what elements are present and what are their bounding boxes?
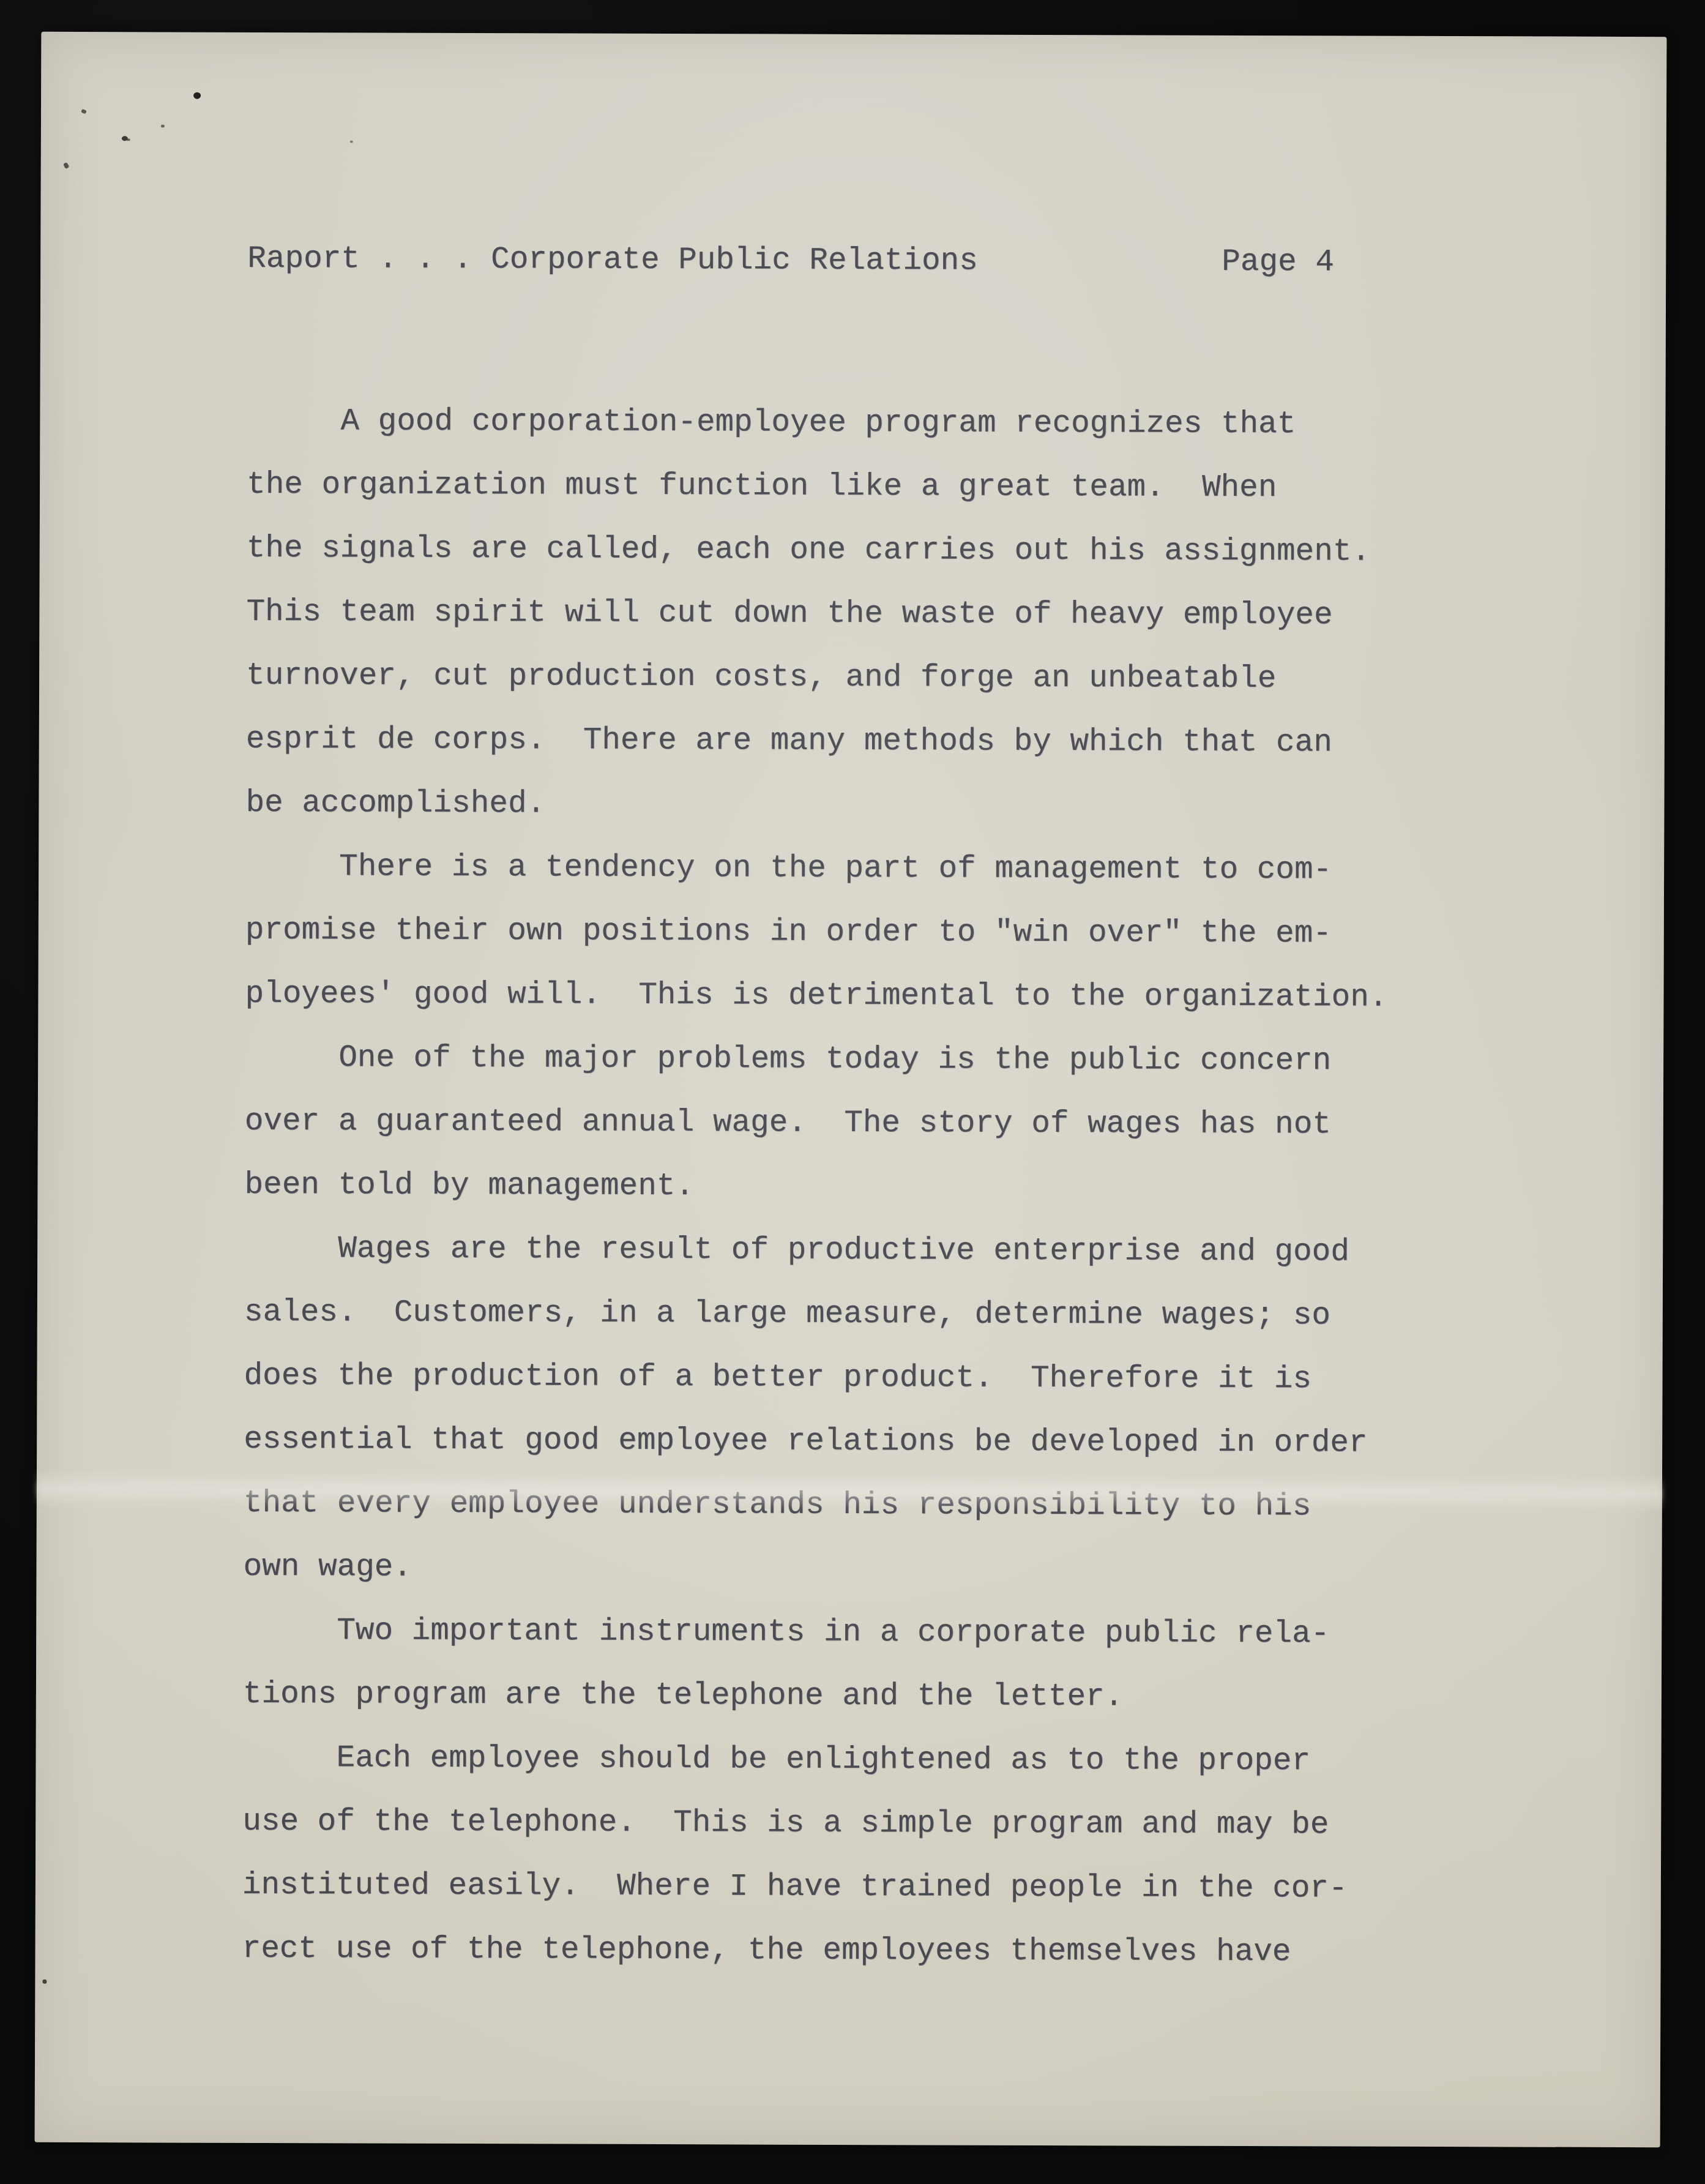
paper-speck	[63, 162, 70, 169]
paper-speck	[122, 136, 128, 141]
document-page: Raport . . . Corporate Public Relations …	[35, 32, 1667, 2147]
page-number-label: Page 4	[1222, 231, 1334, 295]
paper-speck	[193, 92, 201, 99]
scan-background: Raport . . . Corporate Public Relations …	[0, 0, 1705, 2184]
document-body-text: A good corporation-employee program reco…	[242, 390, 1389, 1985]
paper-speck	[161, 124, 165, 127]
document-header-title: Raport . . . Corporate Public Relations	[247, 228, 978, 294]
paper-speck	[42, 1980, 47, 1984]
paper-speck	[350, 140, 353, 143]
paper-speck	[81, 109, 87, 114]
